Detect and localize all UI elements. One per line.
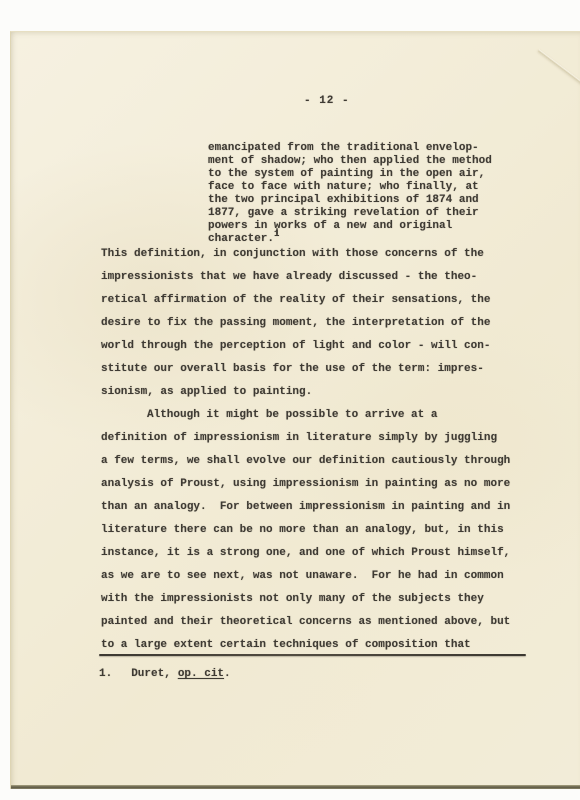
text-line: world through the perception of light an… bbox=[101, 335, 551, 358]
text-line: sionism, as applied to painting. bbox=[101, 381, 551, 404]
typewriter-strikeover-mark bbox=[276, 228, 278, 235]
paper-crease bbox=[538, 49, 580, 84]
text-line: analysis of Proust, using impressionism … bbox=[101, 473, 551, 496]
footnote-author: Duret, bbox=[131, 668, 171, 680]
text-line: as we are to see next, was not unaware. … bbox=[101, 565, 551, 588]
text-line: a few terms, we shall evolve our definit… bbox=[101, 450, 551, 473]
text-line: literature there can be no more than an … bbox=[101, 519, 551, 542]
text-line: retical affirmation of the reality of th… bbox=[101, 289, 551, 312]
footnote-period: . bbox=[224, 668, 231, 680]
text-line: powers in works of a new and original bbox=[208, 220, 492, 233]
text-line: Although it might be possible to arrive … bbox=[101, 404, 551, 427]
text-line: definition of impressionism in literatur… bbox=[101, 427, 551, 450]
text-line: with the impressionists not only many of… bbox=[101, 588, 551, 611]
text-line: 1877, gave a striking revelation of thei… bbox=[208, 207, 492, 220]
text-line: emancipated from the traditional envelop… bbox=[208, 142, 492, 155]
paragraph-analogy-proust: Although it might be possible to arrive … bbox=[101, 404, 551, 657]
text-line: stitute our overall basis for the use of… bbox=[101, 358, 551, 381]
manuscript-page: - 12 - emancipated from the traditional … bbox=[10, 31, 580, 789]
footnote-cited-work: op. cit bbox=[178, 668, 224, 680]
text-line: This definition, in conjunction with tho… bbox=[101, 243, 551, 266]
text-line: the two principal exhibitions of 1874 an… bbox=[208, 194, 492, 207]
text-line: to the system of painting in the open ai… bbox=[208, 168, 492, 181]
text-line: face to face with nature; who finally, a… bbox=[208, 181, 492, 194]
footnote-divider-rule bbox=[99, 654, 526, 656]
text-line: painted and their theoretical concerns a… bbox=[101, 611, 551, 634]
text-line: desire to fix the passing moment, the in… bbox=[101, 312, 551, 335]
quote-lines: emancipated from the traditional envelop… bbox=[208, 142, 492, 233]
scan-background: { "colors": { "paper": "#f2ecd7", "ink":… bbox=[0, 0, 580, 800]
footnote-number: 1. bbox=[99, 668, 112, 680]
page-number: - 12 - bbox=[304, 95, 350, 108]
footnote: 1.Duret,op. cit. bbox=[99, 667, 231, 681]
paragraph-definition-basis: This definition, in conjunction with tho… bbox=[101, 243, 551, 404]
text-line: ment of shadow; who then applied the met… bbox=[208, 155, 492, 168]
text-line: than an analogy. For between impressioni… bbox=[101, 496, 551, 519]
text-line: instance, it is a strong one, and one of… bbox=[101, 542, 551, 565]
text-line: impressionists that we have already disc… bbox=[101, 266, 551, 289]
page-bottom-edge bbox=[11, 785, 580, 789]
block-quotation: emancipated from the traditional envelop… bbox=[208, 142, 492, 246]
